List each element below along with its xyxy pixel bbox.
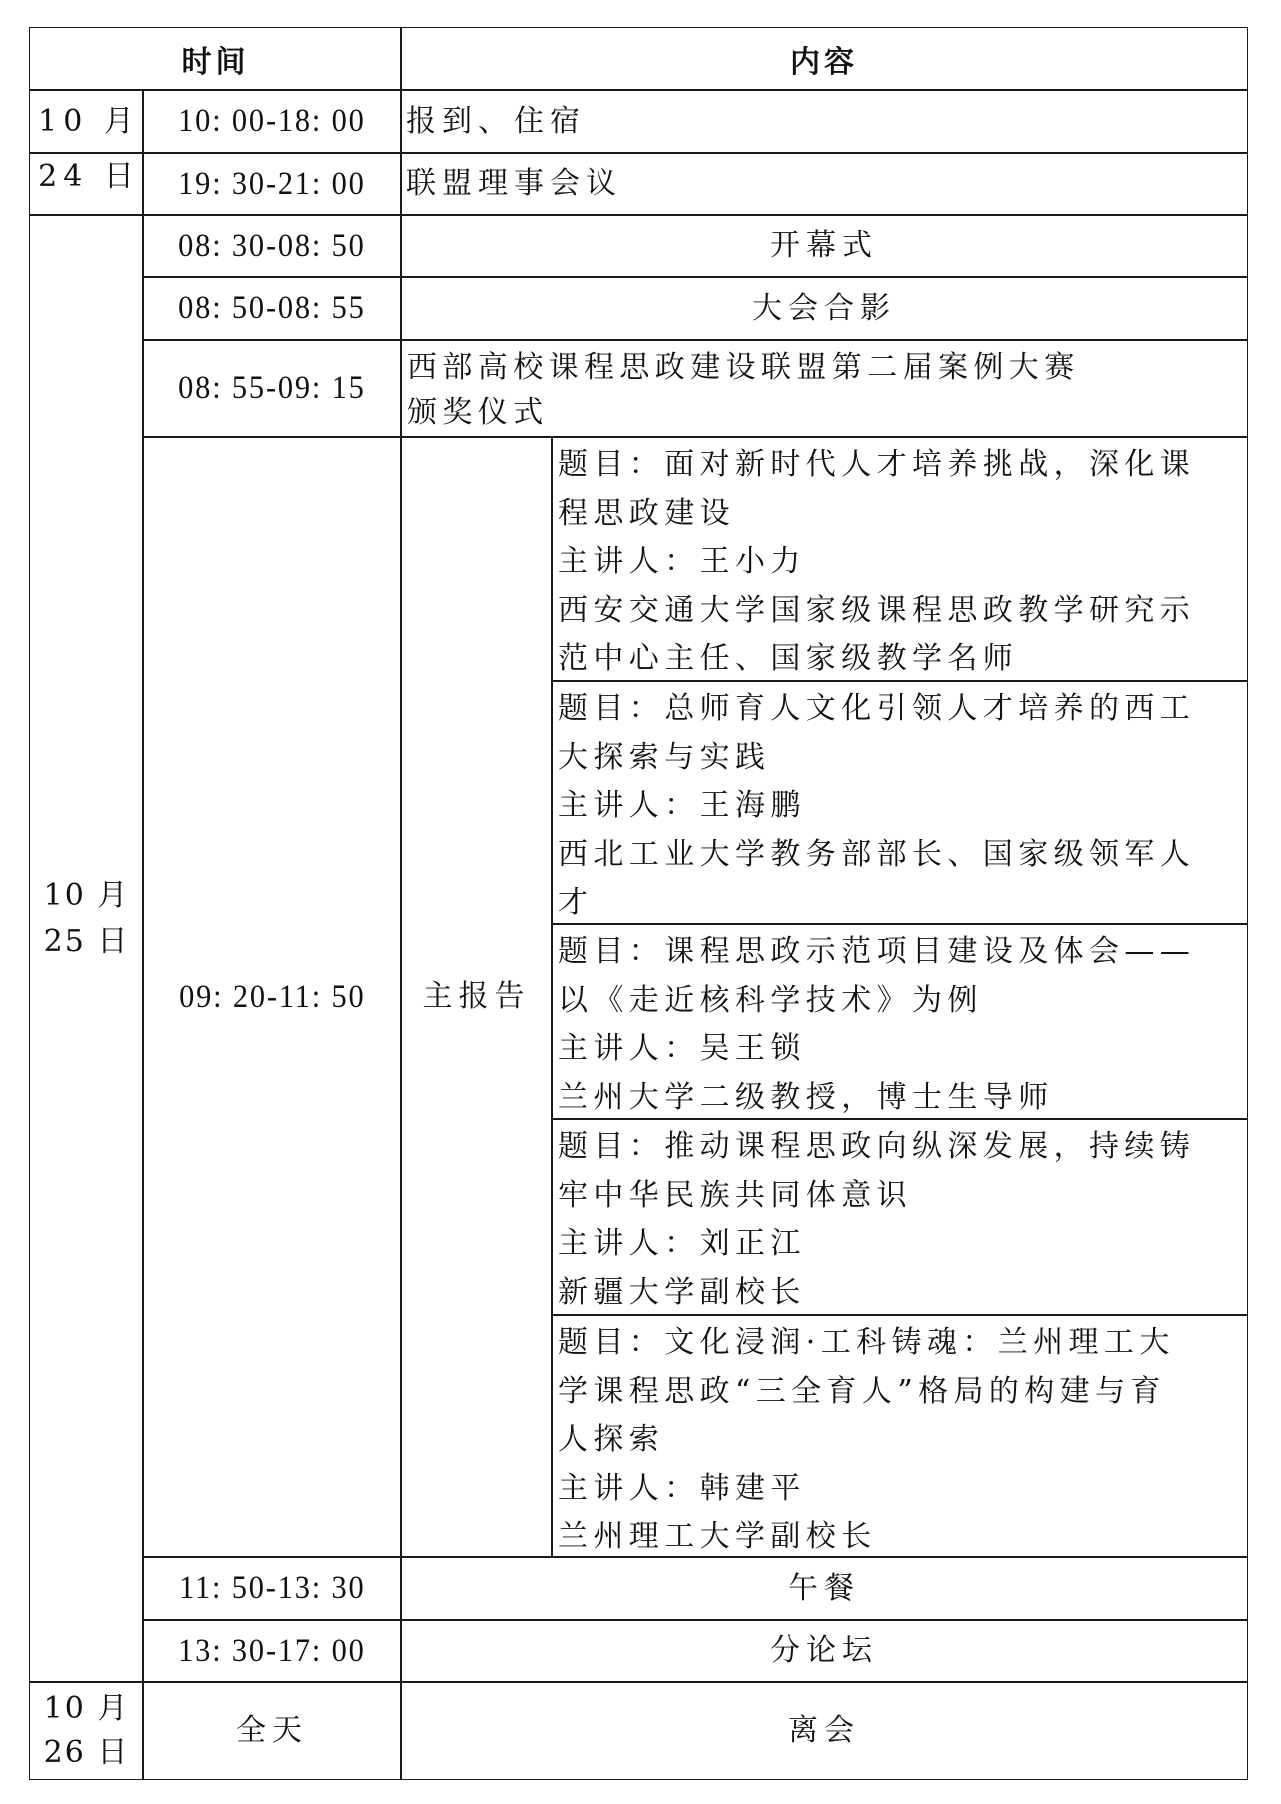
- date-oct24-bottom: 24 日: [29, 152, 144, 216]
- date-oct26-month: 10 月: [44, 1687, 130, 1731]
- time-cell: 13: 30-17: 00: [142, 1619, 402, 1683]
- content-cell: 分论坛: [400, 1619, 1248, 1683]
- date-oct24-day: 24 日: [38, 157, 140, 197]
- content-cell: 开幕式: [400, 214, 1248, 278]
- date-oct24-month: 10 月: [38, 102, 140, 142]
- header-time: 时间: [29, 27, 402, 91]
- date-oct25-month: 10 月: [44, 873, 130, 919]
- content-cell: 联盟理事会议: [400, 152, 1248, 216]
- date-oct25: 10 月 25 日: [29, 214, 144, 1683]
- date-oct25-day: 25 日: [44, 919, 130, 965]
- time-cell: 全天: [142, 1681, 402, 1780]
- time-cell-main-report: 09: 20-11: 50: [142, 436, 402, 1558]
- content-cell: 报到、住宿: [400, 89, 1248, 154]
- time-cell: 19: 30-21: 00: [142, 152, 402, 216]
- time-cell: 08: 30-08: 50: [142, 214, 402, 278]
- talk-item: 题目：文化浸润·工科铸魂：兰州理工大 学课程思政“三全育人”格局的构建与育 人探…: [551, 1314, 1248, 1558]
- talk-item: 题目：课程思政示范项目建设及体会—— 以《走近核科学技术》为例 主讲人：吴王锁 …: [551, 923, 1248, 1120]
- talk-item: 题目：推动课程思政向纵深发展，持续铸 牢中华民族共同体意识 主讲人：刘正江 新疆…: [551, 1118, 1248, 1316]
- content-cell-award-ceremony: 西部高校课程思政建设联盟第二届案例大赛 颁奖仪式: [400, 339, 1248, 438]
- talk-item: 题目：总师育人文化引领人才培养的西工 大探索与实践 主讲人：王海鹏 西北工业大学…: [551, 680, 1248, 925]
- content-cell: 大会合影: [400, 276, 1248, 341]
- session-label-main-report: 主报告: [400, 436, 553, 1558]
- content-cell: 午餐: [400, 1556, 1248, 1621]
- date-oct26-day: 26 日: [44, 1731, 130, 1775]
- time-cell: 08: 50-08: 55: [142, 276, 402, 341]
- talk-item: 题目：面对新时代人才培养挑战，深化课 程思政建设 主讲人：王小力 西安交通大学国…: [551, 436, 1248, 682]
- content-cell: 离会: [400, 1681, 1248, 1780]
- time-cell: 10: 00-18: 00: [142, 89, 402, 154]
- time-cell: 11: 50-13: 30: [142, 1556, 402, 1621]
- date-oct26: 10 月 26 日: [29, 1681, 144, 1780]
- date-oct24-top: 10 月: [29, 89, 144, 154]
- header-content: 内容: [400, 27, 1248, 91]
- time-cell: 08: 55-09: 15: [142, 339, 402, 438]
